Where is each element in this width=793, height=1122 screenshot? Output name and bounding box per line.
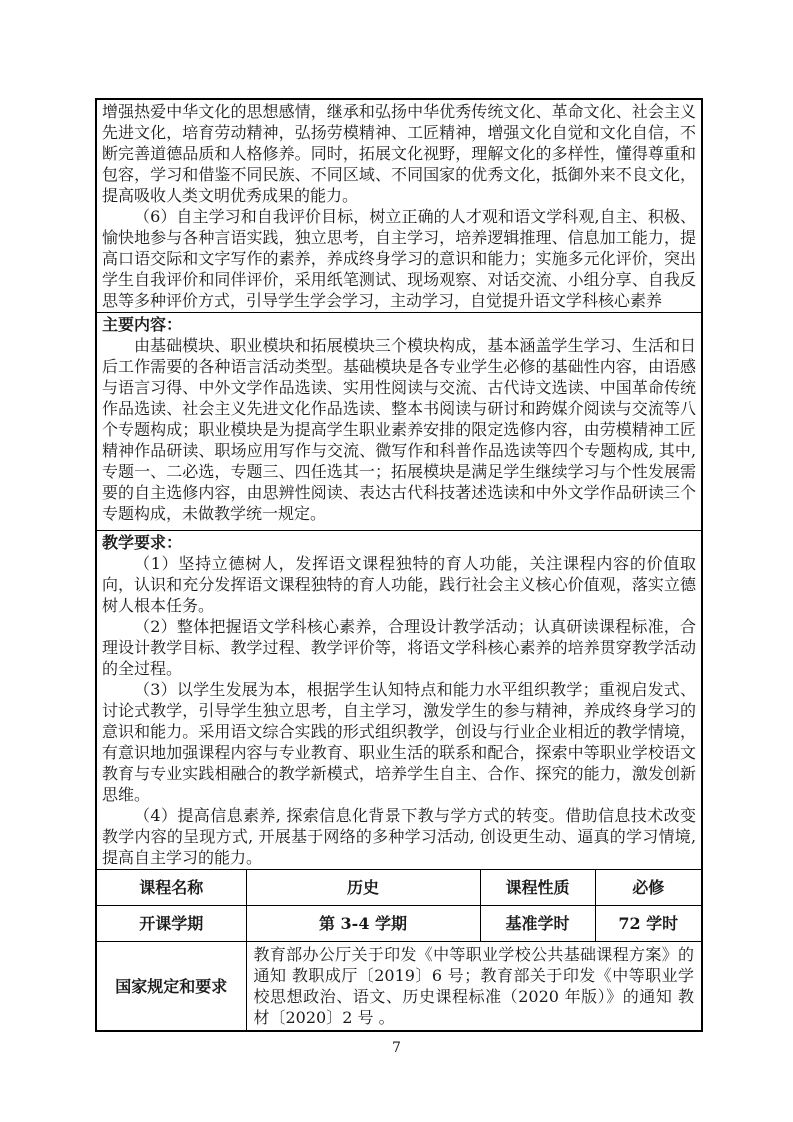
semester-label: 开课学期 [96,906,246,942]
teaching-requirement-item-3: （3）以学生发展为本，根据学生认知特点和能力水平组织教学；重视启发式、讨论式教学… [102,679,696,805]
main-content-cell: 主要内容： 由基础模块、职业模块和拓展模块三个模块构成，基本涵盖学生学习、生活和… [96,313,702,531]
table-row: 课程名称 历史 课程性质 必修 [96,870,702,906]
self-learning-goal-paragraph: （6）自主学习和自我评价目标，树立正确的人才观和语文学科观,自主、积极、愉快地参… [102,206,696,311]
table-row: 主要内容： 由基础模块、职业模块和拓展模块三个模块构成，基本涵盖学生学习、生活和… [96,313,702,531]
base-hours-value: 72 学时 [595,906,702,942]
course-name-value: 历史 [246,870,480,906]
curriculum-document-table: 增强热爱中华文化的思想感情，继承和弘扬中华优秀传统文化、革命文化、社会主义先进文… [95,98,703,1032]
course-name-label: 课程名称 [96,870,246,906]
teaching-requirement-item-2: （2）整体把握语文学科核心素养，合理设计教学活动；认真研读课程标准，合理设计教学… [102,616,696,679]
teaching-requirement-item-4: （4）提高信息素养, 探索信息化背景下教与学方式的转变。借助信息技术改变教学内容… [102,805,696,868]
national-requirements-label: 国家规定和要求 [96,942,246,1032]
table-row: 开课学期 第 3-4 学期 基准学时 72 学时 [96,906,702,942]
teaching-requirement-item-1: （1）坚持立德树人，发挥语文课程独特的育人功能，关注课程内容的价值取向，认识和充… [102,553,696,616]
table-row: 国家规定和要求 教育部办公厅关于印发《中等职业学校公共基础课程方案》的通知 教职… [96,942,702,1032]
course-nature-value: 必修 [595,870,702,906]
base-hours-label: 基准学时 [480,906,595,942]
culture-goal-paragraph: 增强热爱中华文化的思想感情，继承和弘扬中华优秀传统文化、革命文化、社会主义先进文… [102,101,696,206]
course-nature-label: 课程性质 [480,870,595,906]
national-requirements-value: 教育部办公厅关于印发《中等职业学校公共基础课程方案》的通知 教职成厅〔2019〕… [246,942,702,1032]
table-row: 教学要求： （1）坚持立德树人，发挥语文课程独特的育人功能，关注课程内容的价值取… [96,531,702,870]
main-content-body: 由基础模块、职业模块和拓展模块三个模块构成，基本涵盖学生学习、生活和日后工作需要… [102,335,696,524]
main-content-heading: 主要内容： [102,314,696,335]
table-row: 增强热爱中华文化的思想感情，继承和弘扬中华优秀传统文化、革命文化、社会主义先进文… [96,99,702,313]
teaching-requirements-heading: 教学要求： [102,532,696,553]
continued-goals-cell: 增强热爱中华文化的思想感情，继承和弘扬中华优秀传统文化、革命文化、社会主义先进文… [96,99,702,313]
semester-value: 第 3-4 学期 [246,906,480,942]
page-number: 7 [0,1040,793,1056]
teaching-requirements-cell: 教学要求： （1）坚持立德树人，发挥语文课程独特的育人功能，关注课程内容的价值取… [96,531,702,870]
